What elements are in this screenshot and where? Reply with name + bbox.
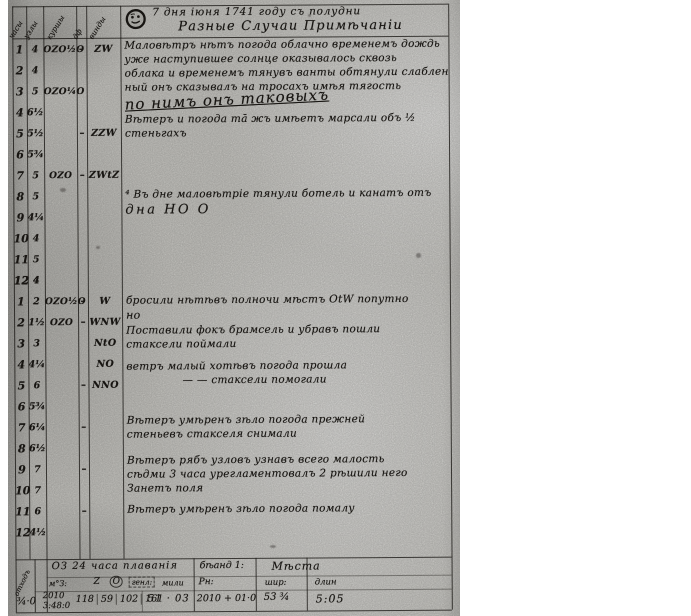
wind-cell: NO — [88, 359, 122, 370]
remarks-block-2: Вѣтеръ и погода та̄ жъ имѣетъ марсали об… — [125, 112, 449, 142]
log-row: 115 — [14, 249, 122, 271]
knots-cell: 6½ — [29, 443, 46, 454]
remark-line: но — [126, 307, 450, 323]
hour-cell: 8 — [15, 442, 29, 455]
knots-cell: 4¼ — [28, 359, 45, 370]
remarks-title: Разные Случаи Примѣчаніи — [178, 18, 403, 34]
log-row: 44¼NO — [14, 354, 122, 376]
remark-line: — — стаксели помогали — [126, 373, 450, 389]
hour-cell: 3 — [13, 85, 27, 98]
hour-cell: 10 — [15, 484, 29, 497]
hour-cell: 6 — [13, 148, 27, 161]
summary-stack-top: 2010 — [43, 591, 70, 601]
knots-cell: 5 — [27, 170, 44, 181]
drift-cell: – — [76, 44, 86, 55]
remark-line: Занетъ поля — [127, 481, 451, 497]
log-row: 33NtO — [14, 333, 122, 355]
hour-cell: 6 — [15, 400, 29, 413]
summary-gen-header: генл: — [129, 576, 156, 587]
remarks-block-1: Маловѣтръ нѣтъ погода облачно временемъ … — [124, 38, 448, 114]
log-row: 107 — [15, 480, 123, 502]
summary-sec2-title: бѣанд 1: — [200, 560, 244, 571]
col-header-knots: узлы — [22, 19, 40, 40]
summary-corner-value: ¾·0 — [17, 596, 36, 607]
knots-cell: 6½ — [27, 107, 44, 118]
course-cell: OZO — [45, 317, 78, 327]
summary-subheader-rule — [47, 575, 452, 578]
paper-speck — [308, 14, 311, 17]
remark-line: Вѣтеръ умѣренъ зѣло погода помалу — [127, 502, 451, 518]
summary-n2: 59 — [97, 594, 116, 605]
drift-cell: – — [77, 128, 87, 139]
summary-n1: 118 — [73, 594, 97, 605]
hour-cell: 11 — [15, 505, 29, 518]
knots-cell: 5¾ — [29, 401, 46, 412]
log-row: 124 — [14, 270, 122, 292]
hour-cell: 5 — [14, 379, 28, 392]
summary-divider — [194, 558, 195, 611]
summary-sec3-title: Мѣста — [272, 559, 321, 572]
knots-cell: 1½ — [28, 317, 45, 328]
remarks-block-8: Вѣтеръ рябъ узловъ узнавъ всего малость … — [127, 453, 451, 497]
hour-cell: 7 — [15, 421, 29, 434]
paper-speck — [96, 246, 100, 249]
remarks-block-7: Вѣтеръ умѣренъ зѣло погода прежней стень… — [127, 413, 451, 443]
hour-cell: 7 — [13, 169, 27, 182]
paper-speck — [60, 188, 66, 192]
drift-cell: – — [78, 296, 88, 307]
date-line: 7 дня іюня 1741 году съ полудни — [152, 5, 361, 18]
summary-bottom-border — [16, 610, 452, 614]
log-row: 65¾ — [13, 144, 121, 166]
log-row: 35OZO¼O — [13, 81, 121, 103]
wind-cell: ZW — [86, 44, 120, 55]
log-row: 76¼– — [15, 417, 123, 439]
log-row: 116– — [15, 501, 123, 523]
watch2-rows: 12OZO½O–W 21½OZO–WNW 33NtO 44¼NO 56–NNO … — [14, 291, 124, 544]
log-row: 56–NNO — [14, 375, 122, 397]
screenshot-root: часы узлы куршы дф винды 7 дня іюня 1741… — [0, 0, 691, 616]
hour-cell: 3 — [14, 337, 28, 350]
remark-line: дна НО О — [125, 201, 449, 219]
hour-cell: 1 — [14, 295, 28, 308]
summary-lon-header: длин — [315, 577, 337, 587]
summary-mz-header: м°З: — [49, 579, 67, 588]
hour-cell: 9 — [15, 463, 29, 476]
course-cell: OZO — [44, 170, 77, 180]
log-row: 46½ — [13, 102, 121, 124]
col-header-hours: часы — [7, 19, 25, 40]
summary-sec2-value: 2010 + 01·0 — [197, 593, 256, 604]
remarks-block-4: бросили нѣтѣвъ полночи мѣстъ ОtW попутно… — [126, 293, 450, 323]
wind-cell: ZZW — [87, 128, 121, 139]
knots-cell: 6 — [29, 506, 46, 517]
log-row: 65¾ — [15, 396, 123, 418]
summary-z-header: Z — [94, 577, 100, 587]
summary-lat-header: шир: — [265, 578, 287, 588]
log-row: 104 — [14, 228, 122, 250]
log-row: 55½–ZZW — [13, 123, 121, 145]
log-row: 12OZO½O–W — [14, 291, 122, 313]
drift-cell: – — [79, 506, 89, 517]
knots-cell: 5¾ — [27, 149, 44, 160]
hour-cell: 4 — [14, 358, 28, 371]
log-row: 24 — [12, 60, 120, 82]
paper-speck — [270, 545, 276, 548]
drift-cell: – — [78, 317, 88, 328]
hour-cell: 2 — [14, 316, 28, 329]
hour-cell: 12 — [14, 274, 28, 287]
hour-cell: 10 — [14, 232, 28, 245]
remarks-block-6: ветръ малый хотѣвъ погода прошла — — ста… — [126, 359, 450, 389]
summary-sec1-title: ОЗ 24 часа плаванія — [52, 560, 178, 572]
watch1-rows: 14OZO½O–ZW 24 35OZO¼O 46½ 55½–ZZW 65¾ 75… — [12, 39, 122, 292]
remarks-block-3: ⁴ Въ дне маловѣтріе тянули ботель и кана… — [125, 187, 449, 219]
knots-cell: 4 — [26, 44, 43, 55]
log-row: 94¼ — [13, 207, 121, 229]
hour-cell: 4 — [13, 106, 27, 119]
drift-cell: – — [79, 422, 89, 433]
wind-cell: NtO — [88, 338, 122, 349]
knots-cell: 4 — [28, 233, 45, 244]
sun-face-icon — [124, 8, 147, 31]
logbook-scan-page: часы узлы куршы дф винды 7 дня іюня 1741… — [8, 0, 460, 616]
knots-cell: 5 — [27, 191, 44, 202]
log-row: 21½OZO–WNW — [14, 312, 122, 334]
knots-cell: 7 — [29, 485, 46, 496]
knots-cell: 6 — [28, 380, 45, 391]
wind-cell: W — [88, 296, 122, 307]
course-cell: OZO¼O — [44, 86, 77, 96]
summary-miles-header: мили — [162, 578, 184, 587]
knots-cell: 5 — [27, 86, 44, 97]
summary-miles-value: 51 · 03 — [148, 593, 190, 604]
knots-cell: 3 — [28, 338, 45, 349]
knots-cell: 7 — [29, 464, 46, 475]
knots-cell: 2 — [28, 296, 45, 307]
hour-cell: 11 — [14, 253, 28, 266]
log-row: 124½ — [15, 522, 123, 544]
remark-line: стаксели поймали — [126, 337, 450, 353]
log-row: 14OZO½O–ZW — [12, 39, 120, 61]
hour-cell: 1 — [12, 43, 26, 56]
log-row: 86½ — [15, 438, 123, 460]
summary-lon-value: 5:05 — [316, 592, 345, 605]
remarks-block-9: Вѣтеръ умѣренъ зѣло погода помалу — [127, 502, 451, 518]
wind-cell: NNO — [88, 380, 122, 391]
log-row: 97– — [15, 459, 123, 481]
summary-lat-value: 53 ¾ — [264, 592, 290, 603]
summary-sec2-sub: Рн: — [199, 577, 214, 587]
col-header-course: куршы — [45, 14, 67, 42]
hour-cell: 9 — [13, 211, 27, 224]
knots-cell: 5 — [28, 254, 45, 265]
course-cell: OZO½O — [45, 296, 78, 306]
knots-cell: 6¼ — [29, 422, 46, 433]
remarks-block-5: Поставили фокъ брамсель и убравъ пошли с… — [126, 323, 450, 353]
remark-line: стеньевъ стакселя снимали — [127, 427, 451, 443]
drift-cell: – — [77, 170, 87, 181]
summary-o-header: O — [110, 576, 123, 588]
summary-n3: 102 — [116, 594, 141, 605]
wind-cell: ZWtZ — [87, 170, 121, 181]
wind-cell: WNW — [88, 317, 122, 328]
summary-stack-value: 2010 3:48:0 — [43, 591, 70, 611]
knots-cell: 4 — [28, 275, 45, 286]
log-table: часы узлы куршы дф винды 7 дня іюня 1741… — [6, 0, 462, 616]
paper-speck — [416, 253, 421, 258]
knots-cell: 5½ — [27, 128, 44, 139]
knots-cell: 4½ — [29, 527, 46, 538]
log-row: 75OZO–ZWtZ — [13, 165, 121, 187]
summary-stack-bottom: 3:48:0 — [43, 601, 70, 611]
drift-cell: – — [79, 464, 89, 475]
remark-line: стеньгахъ — [125, 126, 449, 142]
drift-cell: – — [78, 380, 88, 391]
hour-cell: 8 — [13, 190, 27, 203]
hour-cell: 5 — [13, 127, 27, 140]
knots-cell: 4 — [27, 65, 44, 76]
hour-cell: 2 — [13, 64, 27, 77]
log-row: 85 — [13, 186, 121, 208]
course-cell: OZO½O — [43, 44, 76, 54]
knots-cell: 4¼ — [27, 212, 44, 223]
summary-value-rule — [35, 589, 452, 593]
watch1-row12: 124 — [14, 270, 122, 292]
hour-cell: 12 — [15, 526, 29, 539]
